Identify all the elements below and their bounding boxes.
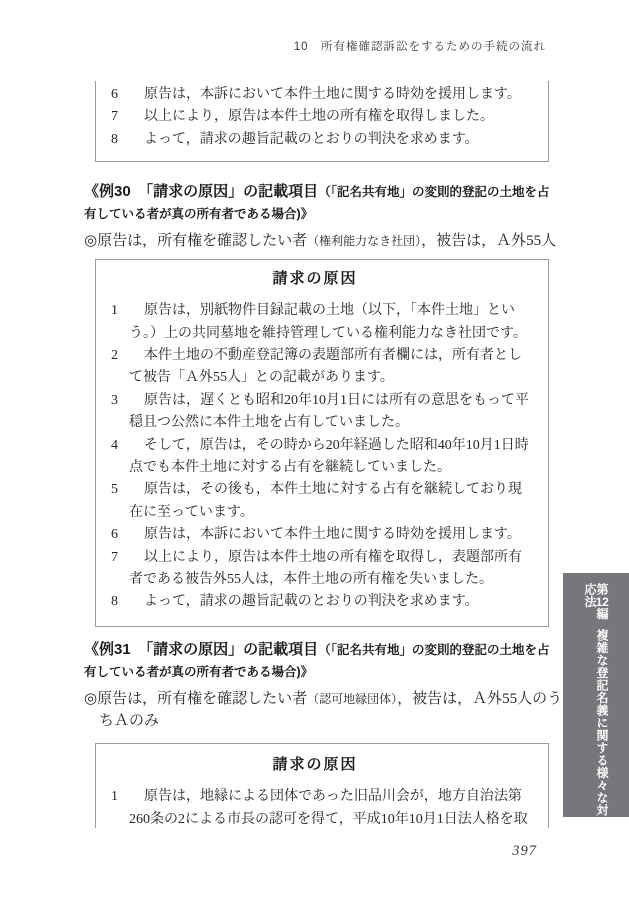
- item-text: 本件土地の不動産登記簿の表題部所有者欄には，所有者として被告「Ａ外55人」との記…: [129, 348, 522, 385]
- claim-box-title: 請求の原因: [96, 754, 534, 776]
- chapter-tab: 第12編複雑な登記名義に関する様々な対応法: [563, 573, 629, 817]
- item-text: 原告は，別紙物件目録記載の土地（以下，「本件土地」という。）上の共同墓地を維持管…: [129, 303, 527, 340]
- chapter-tab-text: 第12編複雑な登記名義に関する様々な対応法: [584, 583, 608, 817]
- claim-item: 7以上により，原告は本件土地の所有権を取得しました。: [96, 106, 534, 128]
- item-text: 原告は，遅くとも昭和20年10月1日には所有の意思をもって平穏且つ公然に本件土地…: [129, 393, 529, 430]
- item-number: 6: [111, 84, 144, 106]
- item-text: 原告は，その後も，本件土地に対する占有を継続しており現在に至っています。: [129, 482, 522, 519]
- item-text: 原告は，本訴において本件土地に関する時効を援用します。: [144, 87, 521, 102]
- claim-item: 4そして，原告は，その時から20年経過した昭和40年10月1日時点でも本件土地に…: [96, 435, 534, 480]
- heading-main: 《例30 「請求の原因」の記載項目: [84, 183, 318, 200]
- parties-paren: （認可地縁団体）: [307, 692, 397, 706]
- item-text: 以上により，原告は本件土地の所有権を取得しました。: [144, 109, 494, 124]
- claim-item: 2本件土地の不動産登記簿の表題部所有者欄には，所有者として被告「Ａ外55人」との…: [96, 345, 534, 390]
- claim-item: 5原告は，その後も，本件土地に対する占有を継続しており現在に至っています。: [96, 479, 534, 524]
- example30-heading: 《例30 「請求の原因」の記載項目（「記名共有地」の変則的登記の土地を占有してい…: [84, 181, 559, 225]
- item-text: 以上により，原告は本件土地の所有権を取得し，表題部所有者である被告外55人は，本…: [129, 550, 522, 587]
- parties-paren: （権利能力なき社団）: [307, 234, 421, 248]
- item-number: 4: [111, 435, 144, 457]
- part-prefix: 第: [595, 583, 609, 596]
- claim-item: 6原告は，本訴において本件土地に関する時効を援用します。: [96, 84, 534, 106]
- item-number: 7: [111, 547, 144, 569]
- item-number: 8: [111, 129, 144, 151]
- claim-item: 1原告は，別紙物件目録記載の土地（以下，「本件土地」という。）上の共同墓地を維持…: [96, 300, 534, 345]
- item-number: 3: [111, 390, 144, 412]
- claim-item: 6原告は，本訴において本件土地に関する時効を援用します。: [96, 524, 534, 546]
- item-text: 原告は，地縁による団体であった旧品川会が，地方自治法第260条の2による市長の認…: [129, 789, 528, 828]
- item-text: よって，請求の趣旨記載のとおりの判決を求めます。: [144, 594, 479, 609]
- item-number: 1: [111, 300, 144, 322]
- claim-item: 3原告は，遅くとも昭和20年10月1日には所有の意思をもって平穏且つ公然に本件土…: [96, 390, 534, 435]
- item-number: 2: [111, 345, 144, 367]
- item-text: そして，原告は，その時から20年経過した昭和40年10月1日時点でも本件土地に対…: [129, 438, 529, 475]
- claim-item: 1原告は，地縁による団体であった旧品川会が，地方自治法第260条の2による市長の…: [96, 786, 534, 828]
- item-number: 6: [111, 524, 144, 546]
- example30-parties: ◎原告は，所有権を確認したい者（権利能力なき社団），被告は，Ａ外55人: [84, 230, 574, 253]
- item-text: 原告は，本訴において本件土地に関する時効を援用します。: [144, 527, 521, 542]
- claim-item: 7以上により，原告は本件土地の所有権を取得し，表題部所有者である被告外55人は，…: [96, 547, 534, 592]
- item-number: 8: [111, 591, 144, 613]
- part-number: 12: [595, 596, 609, 608]
- example31-claim-box: 請求の原因 1原告は，地縁による団体であった旧品川会が，地方自治法第260条の2…: [95, 743, 549, 828]
- parties-suffix: ，被告は，Ａ外55人: [421, 233, 556, 249]
- claim-item: 8よって，請求の趣旨記載のとおりの判決を求めます。: [96, 591, 534, 613]
- item-text: よって，請求の趣旨記載のとおりの判決を求めます。: [144, 132, 479, 147]
- parties-prefix: ◎原告は，所有権を確認したい者: [84, 691, 307, 707]
- example30-claim-box: 請求の原因 1原告は，別紙物件目録記載の土地（以下，「本件土地」という。）上の共…: [95, 259, 549, 627]
- item-number: 5: [111, 479, 144, 501]
- claim-item: 8よって，請求の趣旨記載のとおりの判決を求めます。: [96, 129, 534, 151]
- parties-prefix: ◎原告は，所有権を確認したい者: [84, 233, 307, 249]
- claim-box-title: 請求の原因: [96, 268, 534, 290]
- example31-parties: ◎原告は，所有権を確認したい者（認可地縁団体），被告は，Ａ外55人のうちＡのみ: [84, 688, 574, 733]
- heading-main: 《例31 「請求の原因」の記載項目: [84, 641, 318, 658]
- book-page: 10 所有権確認訴訟をするための手続の流れ 6原告は，本訴において本件土地に関す…: [0, 0, 629, 900]
- item-number: 7: [111, 106, 144, 128]
- part-suffix: 編: [595, 608, 609, 621]
- item-number: 1: [111, 786, 144, 808]
- continuation-claim-box: 6原告は，本訴において本件土地に関する時効を援用します。 7以上により，原告は本…: [95, 81, 549, 162]
- page-number: 397: [512, 843, 537, 860]
- running-header: 10 所有権確認訴訟をするための手続の流れ: [0, 38, 546, 54]
- tab-spacer: [602, 620, 603, 629]
- example31-heading: 《例31 「請求の原因」の記載項目（「記名共有地」の変則的登記の土地を占有してい…: [84, 639, 559, 683]
